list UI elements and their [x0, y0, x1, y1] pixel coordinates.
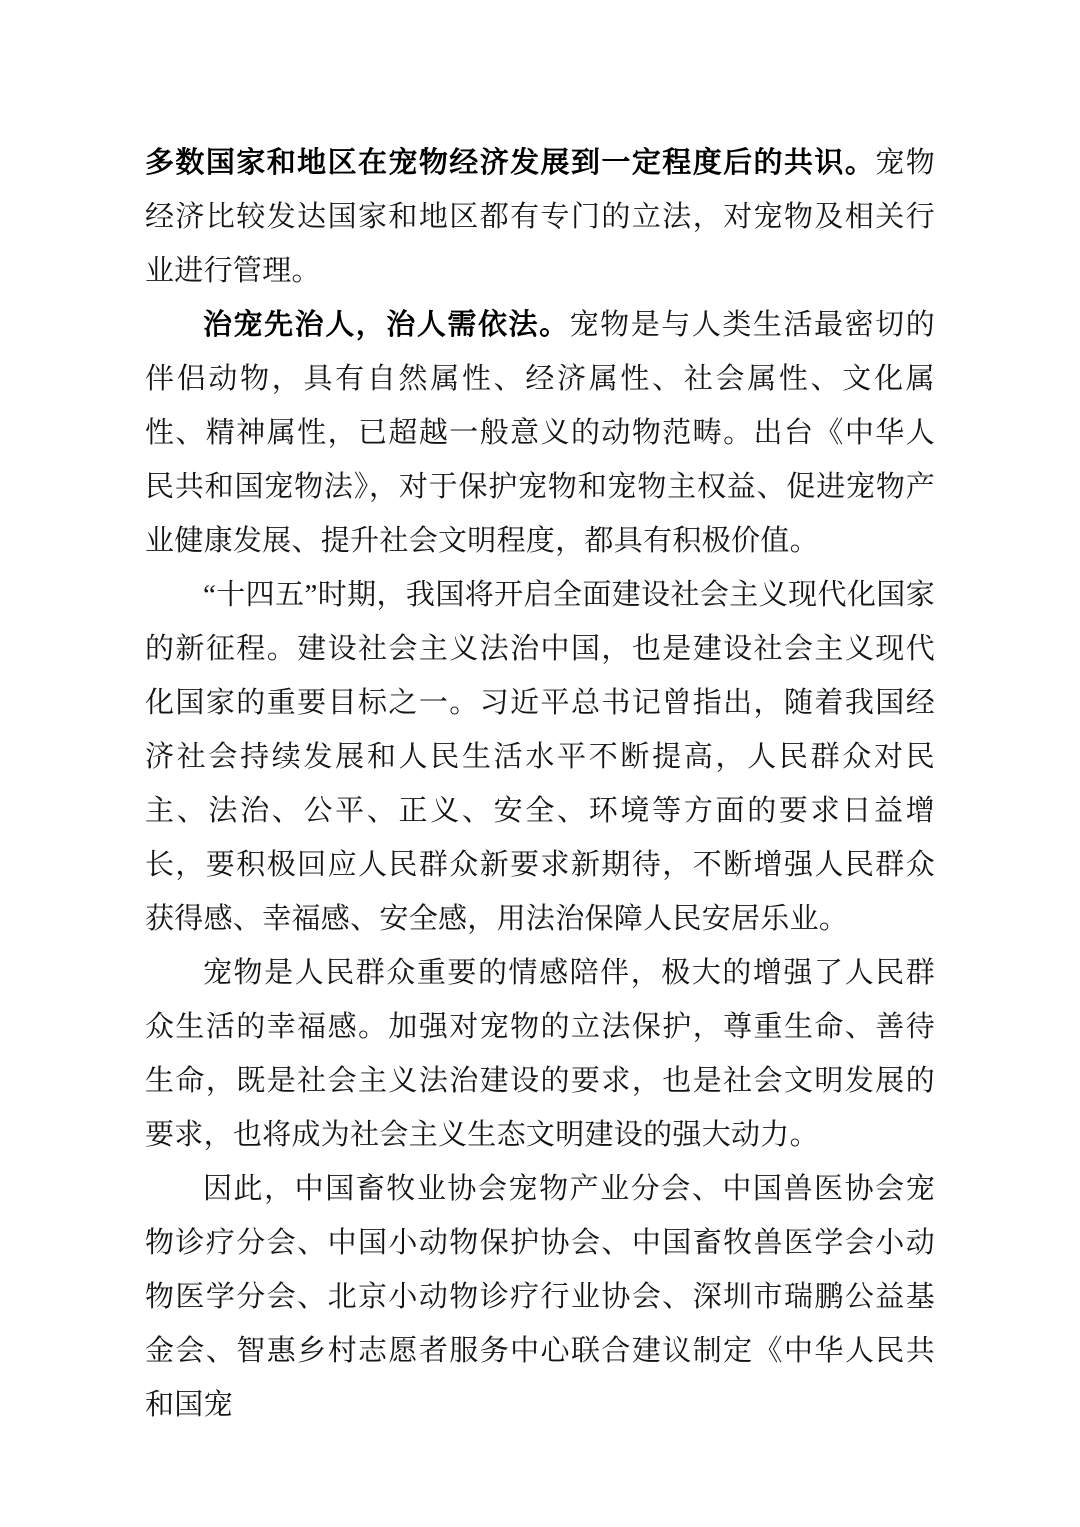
bold-text-run: 多数国家和地区在宠物经济发展到一定程度后的共识。 — [145, 147, 875, 179]
text-run: 宠物是人民群众重要的情感陪伴，极大的增强了人民群众生活的幸福感。加强对宠物的立法… — [145, 957, 935, 1151]
bold-text-run: 治宠先治人，治人需依法。 — [203, 309, 570, 341]
text-run: 宠物是与人类生活最密切的伴侣动物，具有自然属性、经济属性、社会属性、文化属性、精… — [145, 309, 935, 557]
text-run: 因此，中国畜牧业协会宠物产业分会、中国兽医协会宠物诊疗分会、中国小动物保护协会、… — [145, 1173, 935, 1421]
paragraph: 因此，中国畜牧业协会宠物产业分会、中国兽医协会宠物诊疗分会、中国小动物保护协会、… — [145, 1162, 935, 1432]
document-page: 多数国家和地区在宠物经济发展到一定程度后的共识。宠物经济比较发达国家和地区都有专… — [0, 0, 1080, 1527]
paragraph: 治宠先治人，治人需依法。宠物是与人类生活最密切的伴侣动物，具有自然属性、经济属性… — [145, 298, 935, 568]
document-body: 多数国家和地区在宠物经济发展到一定程度后的共识。宠物经济比较发达国家和地区都有专… — [145, 136, 935, 1432]
text-run: “十四五”时期，我国将开启全面建设社会主义现代化国家的新征程。建设社会主义法治中… — [145, 579, 935, 935]
paragraph: 多数国家和地区在宠物经济发展到一定程度后的共识。宠物经济比较发达国家和地区都有专… — [145, 136, 935, 298]
paragraph: 宠物是人民群众重要的情感陪伴，极大的增强了人民群众生活的幸福感。加强对宠物的立法… — [145, 946, 935, 1162]
paragraph: “十四五”时期，我国将开启全面建设社会主义现代化国家的新征程。建设社会主义法治中… — [145, 568, 935, 946]
